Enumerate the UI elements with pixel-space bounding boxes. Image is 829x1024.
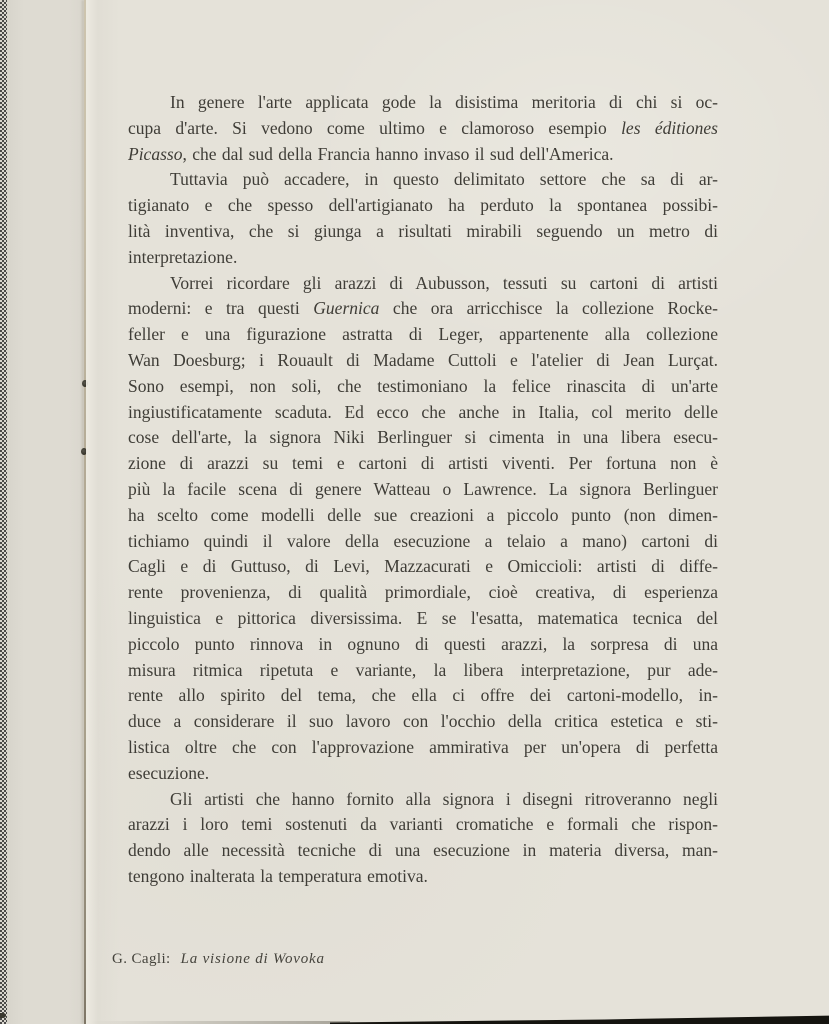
text-line: ha scelto come modelli delle sue creazio… [128,503,718,529]
text-segment: rente allo spirito del tema, che ella ci… [128,685,718,705]
text-segment: che ora arricchisce la collezione Rocke- [379,298,718,318]
text-segment: moderni: e tra questi [128,298,313,318]
text-segment: più la facile scena di genere Watteau o … [128,479,718,499]
text-segment: tengono inalterata la temperatura emotiv… [128,866,428,886]
binding-crease-line [84,0,86,1024]
text-segment-italic: Picasso [128,144,182,164]
scan-bottom-shadow [330,1012,829,1024]
text-line: misura ritmica ripetuta e variante, la l… [128,658,718,684]
text-line: più la facile scena di genere Watteau o … [128,477,718,503]
text-segment: Cagli e di Guttuso, di Levi, Mazzacurati… [128,556,718,576]
text-line: In genere l'arte applicata gode la disis… [128,90,718,116]
caption: G. Cagli:La visione di Wovoka [112,951,325,968]
text-segment-italic: Guernica [313,298,379,318]
text-line: tengono inalterata la temperatura emotiv… [128,864,718,890]
scan-edge-halftone-pattern [0,0,7,1024]
text-segment: Vorrei ricordare gli arazzi di Aubusson,… [170,273,718,293]
text-segment: misura ritmica ripetuta e variante, la l… [128,660,718,680]
text-line: Gli artisti che hanno fornito alla signo… [128,787,718,813]
caption-artist: G. Cagli: [112,951,171,967]
text-line: Tuttavia può accadere, in questo delimit… [128,167,718,193]
text-segment: Gli artisti che hanno fornito alla signo… [170,789,718,809]
text-line: Wan Doesburg; i Rouault di Madame Cuttol… [128,348,718,374]
text-line: Picasso, che dal sud della Francia hanno… [128,142,718,168]
text-segment: ha scelto come modelli delle sue creazio… [128,505,718,525]
text-line: rente provenienza, di qualità primordial… [128,580,718,606]
text-line: arazzi i loro temi sostenuti da varianti… [128,812,718,838]
scan-corner-speck [0,1013,6,1018]
text-line: interpretazione. [128,245,718,271]
text-segment: tichiamo quindi il valore della esecuzio… [128,531,718,551]
text-segment: linguistica e pittorica diversissima. E … [128,608,718,628]
text-segment: lità inventiva, che si giunga a risultat… [128,221,718,241]
text-line: esecuzione. [128,761,718,787]
text-line: cupa d'arte. Si vedono come ultimo e cla… [128,116,718,142]
text-segment: zione di arazzi su temi e cartoni di art… [128,453,718,473]
text-line: Cagli e di Guttuso, di Levi, Mazzacurati… [128,554,718,580]
text-segment: listica oltre che con l'approvazione amm… [128,737,718,757]
text-line: piccolo punto rinnova in ognuno di quest… [128,632,718,658]
text-line: moderni: e tra questi Guernica che ora a… [128,296,718,322]
text-segment: arazzi i loro temi sostenuti da varianti… [128,814,718,834]
text-segment: cupa d'arte. Si vedono come ultimo e cla… [128,118,621,138]
text-segment: Wan Doesburg; i Rouault di Madame Cuttol… [128,350,718,370]
page-edge-strip [7,0,84,1024]
text-line: duce a considerare il suo lavoro con l'o… [128,709,718,735]
text-segment: cose dell'arte, la signora Niki Berlingu… [128,427,718,447]
text-segment: dendo alle necessità tecniche di una ese… [128,840,718,860]
text-line: ingiustificatamente scaduta. Ed ecco che… [128,400,718,426]
text-line: dendo alle necessità tecniche di una ese… [128,838,718,864]
text-segment: feller e una figurazione astratta di Leg… [128,324,718,344]
text-line: feller e una figurazione astratta di Leg… [128,322,718,348]
text-segment: Sono esempi, non soli, che testimoniano … [128,376,718,396]
staple-dot [81,448,87,455]
scanned-book-page: In genere l'arte applicata gode la disis… [0,0,829,1024]
text-segment-italic: les éditiones [621,118,718,138]
text-segment: ingiustificatamente scaduta. Ed ecco che… [128,402,718,422]
text-segment: piccolo punto rinnova in ognuno di quest… [128,634,718,654]
text-segment: Tuttavia può accadere, in questo delimit… [170,169,718,189]
text-segment: esecuzione. [128,763,209,783]
text-line: zione di arazzi su temi e cartoni di art… [128,451,718,477]
staple-dot [82,380,88,387]
gutter-shadow [86,0,120,1024]
text-line: lità inventiva, che si giunga a risultat… [128,219,718,245]
text-segment: rente provenienza, di qualità primordial… [128,582,718,602]
text-line: listica oltre che con l'approvazione amm… [128,735,718,761]
text-line: tigianato e che spesso dell'artigianato … [128,193,718,219]
text-line: tichiamo quindi il valore della esecuzio… [128,529,718,555]
text-line: cose dell'arte, la signora Niki Berlingu… [128,425,718,451]
text-segment: interpretazione. [128,247,237,267]
caption-title: La visione di Wovoka [181,951,325,967]
text-segment: , che dal sud della Francia hanno invaso… [182,144,613,164]
text-segment: In genere l'arte applicata gode la disis… [170,92,718,112]
text-segment: duce a considerare il suo lavoro con l'o… [128,711,718,731]
text-line: Vorrei ricordare gli arazzi di Aubusson,… [128,271,718,297]
text-line: rente allo spirito del tema, che ella ci… [128,683,718,709]
text-line: linguistica e pittorica diversissima. E … [128,606,718,632]
text-segment: tigianato e che spesso dell'artigianato … [128,195,718,215]
body-text: In genere l'arte applicata gode la disis… [128,90,718,890]
text-line: Sono esempi, non soli, che testimoniano … [128,374,718,400]
